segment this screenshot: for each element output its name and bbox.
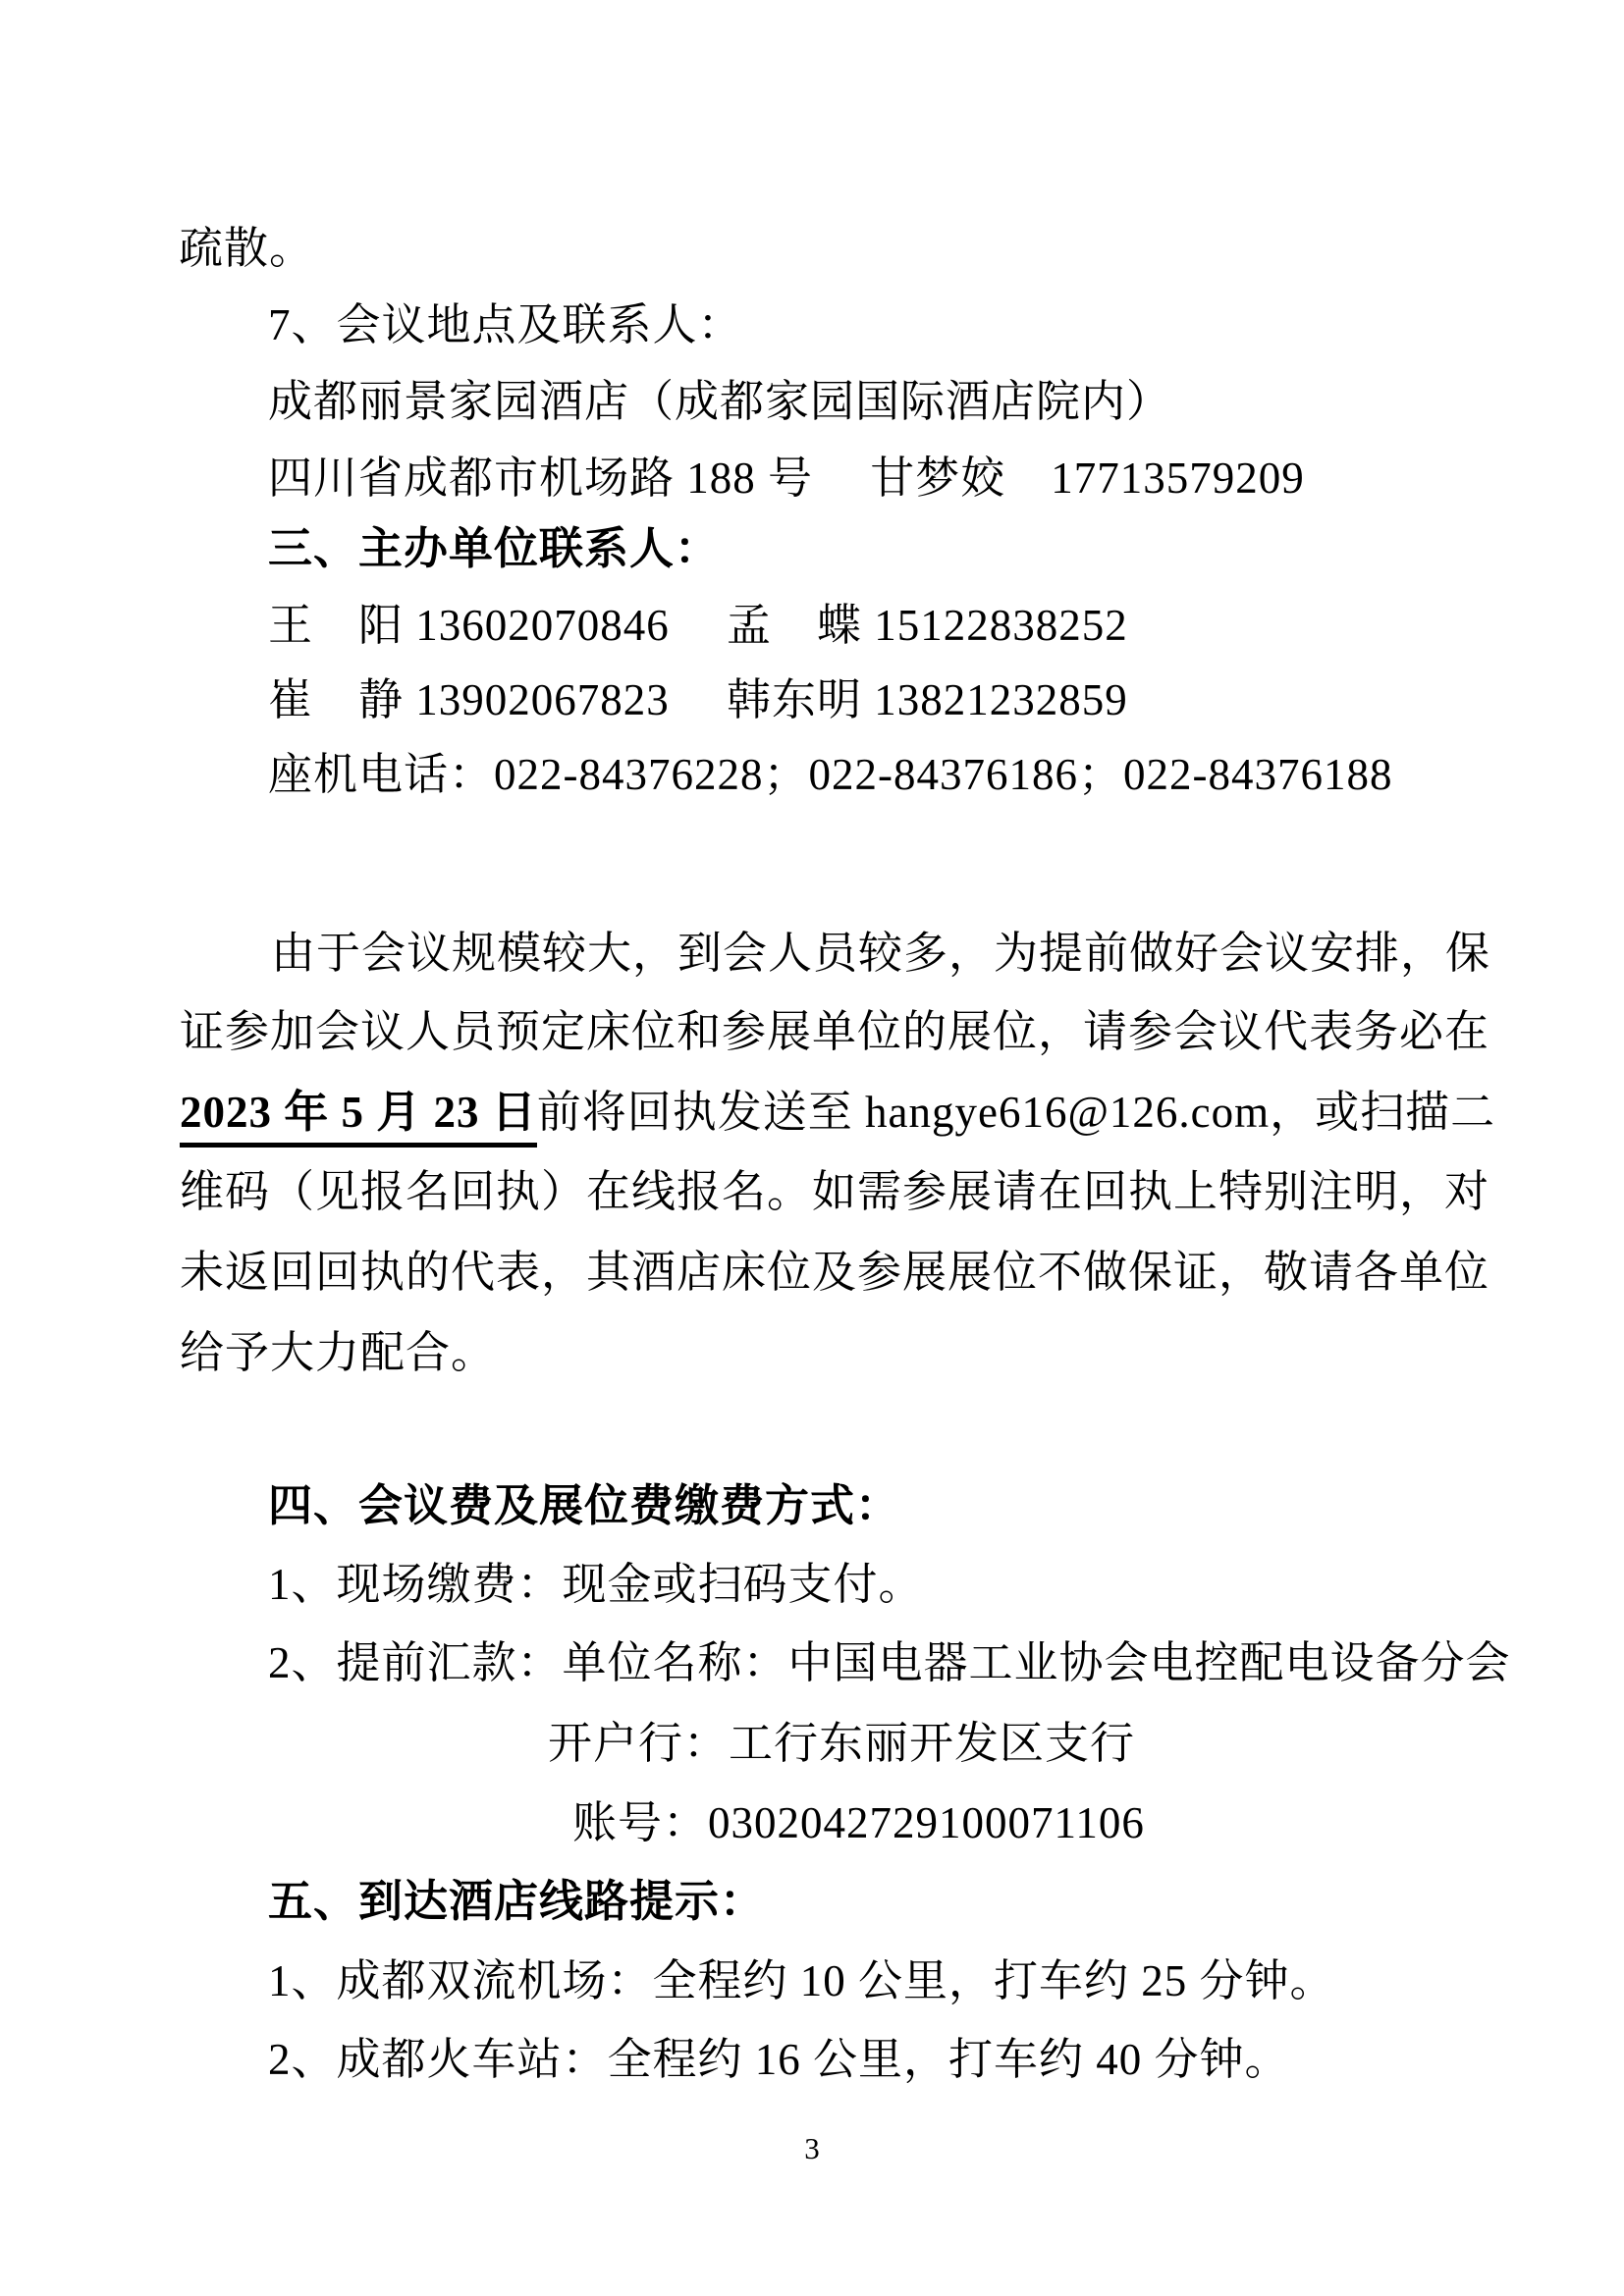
paragraph-line-6: 给予大力配合。 [180, 1328, 496, 1379]
paragraph-line-1: 由于会议规模较大，到会人员较多，为提前做好会议安排，保 [271, 929, 1490, 980]
text-run: 证参加会议人员预定床位和参展单位的展位，请参会议代表务必在 [180, 1007, 1489, 1056]
text-run: 崔 静 13902067823 韩东明 13821232859 [268, 675, 1128, 724]
text-run: 四、会议费及展位费缴费方式： [268, 1481, 900, 1530]
page-number: 3 [0, 2132, 1624, 2165]
text-run: 由于会议规模较大，到会人员较多，为提前做好会议安排，保 [271, 929, 1490, 978]
text-run: 维码（见报名回执）在线报名。如需参展请在回执上特别注明，对 [180, 1167, 1489, 1216]
paragraph-line-5: 未返回回执的代表，其酒店床位及参展展位不做保证，敬请各单位 [180, 1248, 1489, 1299]
text-run: 疏散。 [179, 224, 314, 273]
heading-section-3: 三、主办单位联系人： [268, 524, 720, 575]
paragraph-line-2: 证参加会议人员预定床位和参展单位的展位，请参会议代表务必在 [180, 1007, 1489, 1058]
text-run: 2023 年 5 月 23 日 [180, 1088, 537, 1148]
text-run: 未返回回执的代表，其酒店床位及参展展位不做保证，敬请各单位 [180, 1248, 1489, 1297]
text-run: 开户行：工行东丽开发区支行 [548, 1719, 1135, 1768]
text-run: 1、现场缴费：现金或扫码支付。 [268, 1560, 924, 1609]
line-payment-2: 2、提前汇款：单位名称：中国电器工业协会电控配电设备分会 [268, 1638, 1511, 1689]
heading-section-5: 五、到达酒店线路提示： [268, 1877, 765, 1928]
text-run: 五、到达酒店线路提示： [268, 1877, 765, 1926]
text-run: 三、主办单位联系人： [268, 524, 720, 573]
text-run: 账号：0302042729100071106 [572, 1798, 1145, 1847]
text-run: 1、成都双流机场：全程约 10 公里，打车约 25 分钟。 [268, 1956, 1335, 2005]
line-payment-1: 1、现场缴费：现金或扫码支付。 [268, 1560, 924, 1611]
text-run: 2、成都火车站：全程约 16 公里，打车约 40 分钟。 [268, 2035, 1290, 2084]
line-evacuation: 疏散。 [179, 224, 314, 275]
text-run: 成都丽景家园酒店（成都家园国际酒店院内） [268, 377, 1171, 426]
line-hotel-name: 成都丽景家园酒店（成都家园国际酒店院内） [268, 377, 1171, 428]
line-bank-branch: 开户行：工行东丽开发区支行 [548, 1719, 1135, 1770]
line-route-airport: 1、成都双流机场：全程约 10 公里，打车约 25 分钟。 [268, 1956, 1335, 2007]
text-run: 给予大力配合。 [180, 1328, 496, 1377]
line-contacts-row-1: 王 阳 13602070846 孟 蝶 15122838252 [268, 601, 1128, 652]
line-item7-heading: 7、会议地点及联系人： [268, 300, 743, 351]
paragraph-line-4: 维码（见报名回执）在线报名。如需参展请在回执上特别注明，对 [180, 1167, 1489, 1218]
text-run: 前将回执发送至 hangye616@126.com，或扫描二 [537, 1088, 1495, 1137]
line-hotel-address: 四川省成都市机场路 188 号 甘梦姣 17713579209 [268, 454, 1305, 505]
line-bank-account: 账号：0302042729100071106 [572, 1798, 1145, 1849]
text-run: 2、提前汇款：单位名称：中国电器工业协会电控配电设备分会 [268, 1638, 1511, 1687]
text-run: 座机电话：022-84376228；022-84376186；022-84376… [268, 750, 1392, 799]
text-run: 四川省成都市机场路 188 号 甘梦姣 17713579209 [268, 454, 1305, 503]
paragraph-line-3: 2023 年 5 月 23 日前将回执发送至 hangye616@126.com… [180, 1088, 1495, 1139]
line-contacts-row-2: 崔 静 13902067823 韩东明 13821232859 [268, 675, 1128, 726]
line-route-station: 2、成都火车站：全程约 16 公里，打车约 40 分钟。 [268, 2035, 1290, 2086]
heading-section-4: 四、会议费及展位费缴费方式： [268, 1481, 900, 1532]
text-run: 王 阳 13602070846 孟 蝶 15122838252 [268, 601, 1128, 650]
line-landline-phones: 座机电话：022-84376228；022-84376186；022-84376… [268, 750, 1392, 801]
document-page: 疏散。7、会议地点及联系人：成都丽景家园酒店（成都家园国际酒店院内）四川省成都市… [0, 0, 1624, 2296]
text-run: 7、会议地点及联系人： [268, 300, 743, 349]
